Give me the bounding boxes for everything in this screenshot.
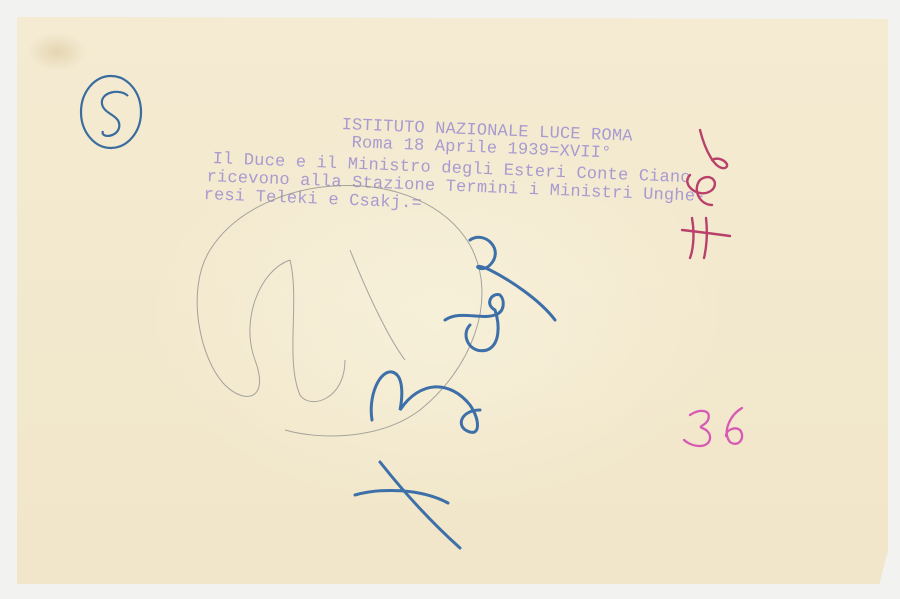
circled-five-icon xyxy=(81,76,141,148)
handwritten-marks xyxy=(0,0,900,599)
pencil-sketch-icon xyxy=(197,185,482,435)
blue-handwriting-icon xyxy=(355,237,555,548)
pink-number-36-icon xyxy=(684,408,742,446)
red-number-124-icon xyxy=(682,130,730,258)
